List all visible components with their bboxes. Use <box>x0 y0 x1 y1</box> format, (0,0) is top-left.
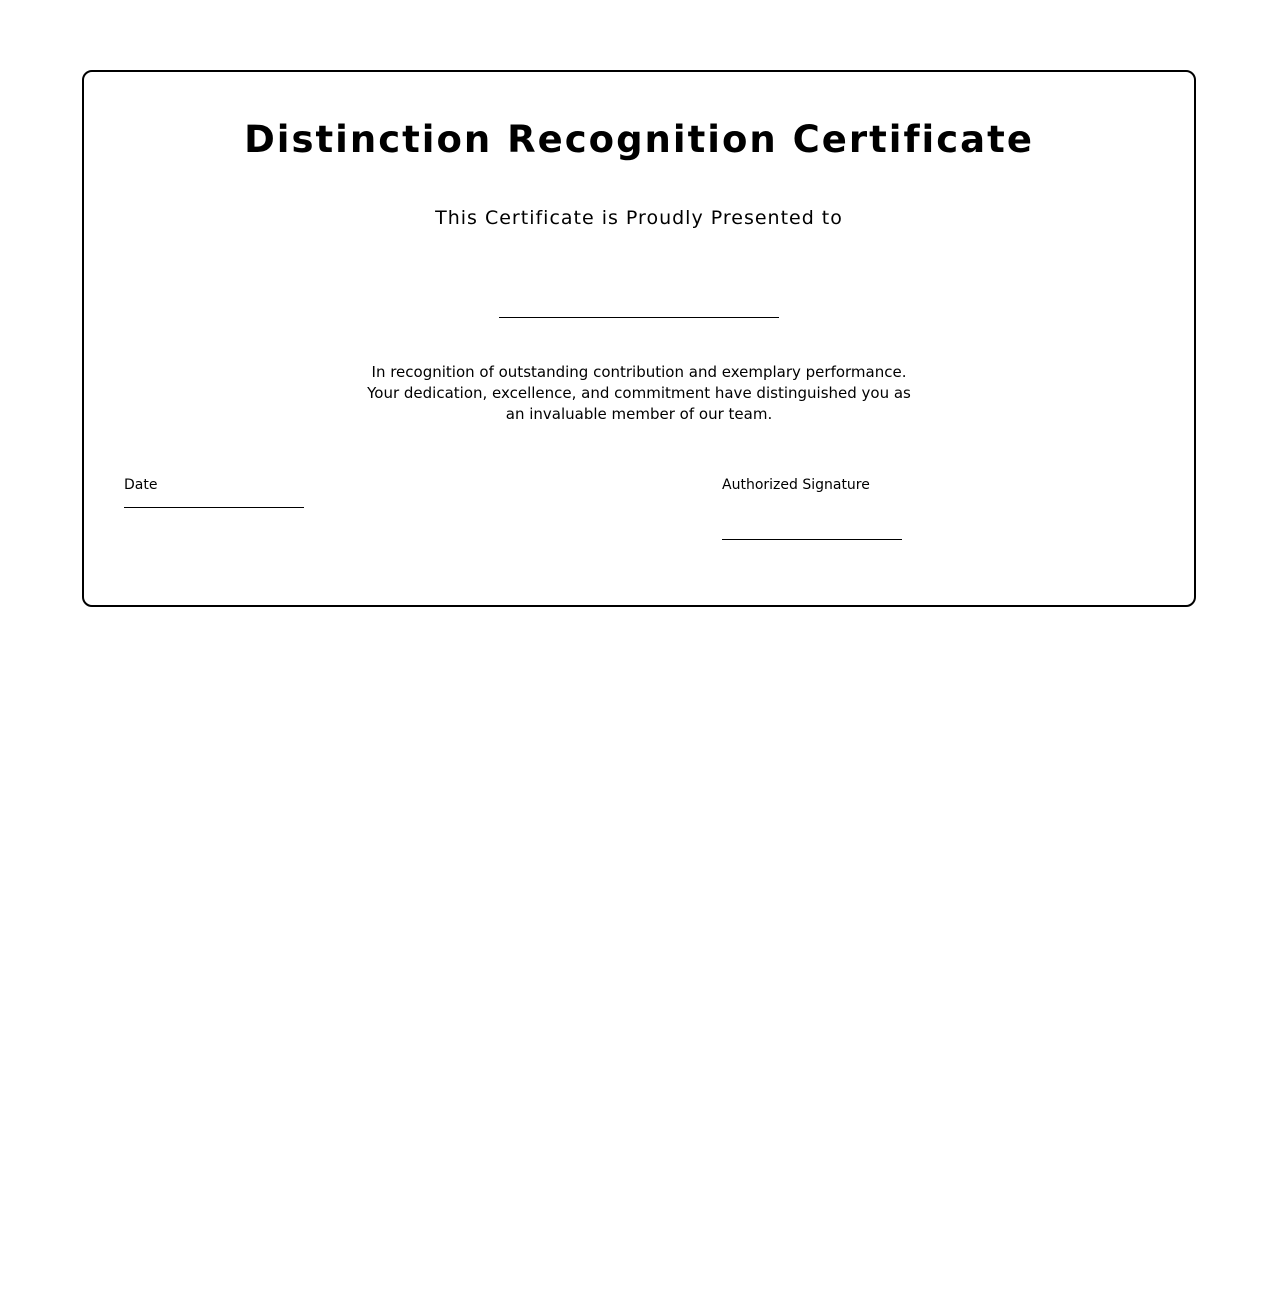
date-label: Date <box>124 476 364 494</box>
signature-label: Authorized Signature <box>722 476 962 494</box>
signature-block: Authorized Signature <box>722 476 962 540</box>
certificate-subtitle: This Certificate is Proudly Presented to <box>84 205 1194 231</box>
certificate-card: Distinction Recognition Certificate This… <box>82 70 1196 607</box>
date-block: Date <box>124 476 364 508</box>
certificate-body-text: In recognition of outstanding contributi… <box>364 362 914 425</box>
date-line <box>124 507 304 508</box>
recipient-name-line <box>499 317 779 318</box>
signature-line <box>722 539 902 540</box>
certificate-title: Distinction Recognition Certificate <box>84 116 1194 164</box>
